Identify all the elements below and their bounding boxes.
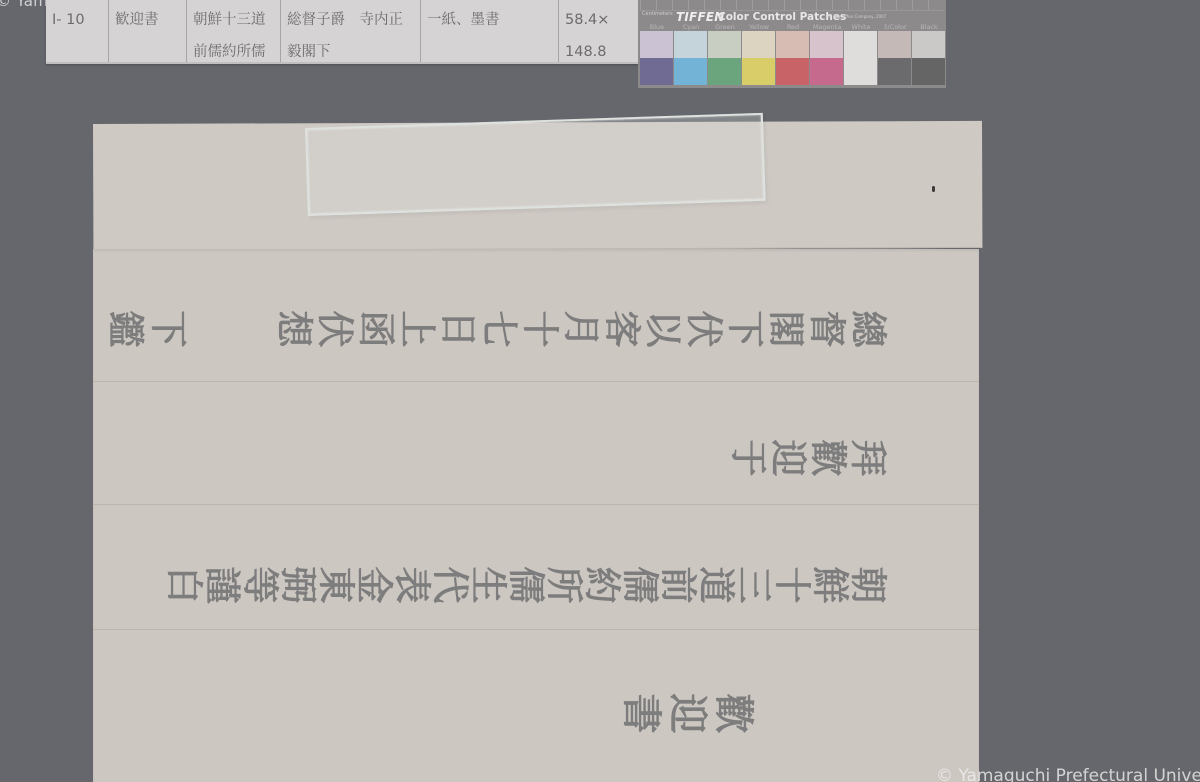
card-cell-author: 朝鮮十三道 前儒約所儒 生代表 金 東弼 他104	[186, 0, 280, 62]
color-patch-light	[878, 31, 911, 58]
color-patch-saturated	[708, 58, 741, 85]
color-patch-light	[810, 31, 843, 58]
color-patch-saturated	[776, 58, 809, 85]
document-closing-line: 下鑑	[102, 299, 188, 353]
color-patches	[640, 31, 946, 86]
patch-label: Cyan	[674, 23, 708, 31]
card-cell-format: 一紙、墨書	[420, 0, 558, 62]
paper-blemish	[932, 186, 935, 192]
addressee-line: 総督子爵 寺内正	[287, 12, 414, 28]
document-sender-line: 朝鮮十三道前儒約所儒生代表金東弼等謹白	[166, 555, 888, 609]
color-patch-light	[844, 31, 877, 85]
patch-label: White	[844, 23, 878, 31]
color-patch-light	[708, 31, 741, 58]
color-patch-light	[640, 31, 673, 58]
size-line: 58.4×	[565, 12, 634, 28]
color-patch-light	[912, 31, 945, 58]
patch-label: Red	[776, 23, 810, 31]
author-line: 朝鮮十三道	[193, 12, 274, 28]
color-patch-saturated	[912, 58, 945, 85]
patch-labels: Blue Cyan Green Yellow Red Magenta White…	[640, 23, 946, 31]
color-patch-saturated	[742, 58, 775, 85]
color-patch-saturated	[878, 58, 911, 85]
document-heading: 歡迎書	[617, 682, 755, 739]
document-body-line: 總督閣下伏以客月十七日上函伏想	[273, 299, 888, 353]
color-patch-saturated	[810, 58, 843, 85]
fold-line	[93, 504, 979, 505]
size-line: 148.8	[565, 44, 634, 60]
chart-title: Color Control Patches	[718, 11, 846, 23]
chart-copyright: © The Tiffen Company, 2007	[828, 14, 886, 19]
glass-weight	[305, 113, 766, 216]
copyright-watermark-bottom: © Yamaguchi Prefectural University	[936, 766, 1200, 782]
patch-label: Blue	[640, 23, 674, 31]
ruler-label: Centimeters	[642, 11, 673, 17]
card-cell-addressee: 総督子爵 寺内正 毅閣下	[280, 0, 420, 62]
patch-label: Black	[912, 23, 946, 31]
item-format: 一紙、墨書	[427, 12, 552, 28]
patch-label: Magenta	[810, 23, 844, 31]
item-title: 歓迎書	[115, 12, 180, 28]
document-greeting-line: 拜歡迎于	[728, 428, 888, 482]
card-cell-number: Ⅰ- 10	[46, 0, 108, 62]
patch-label: Yellow	[742, 23, 776, 31]
item-number: Ⅰ- 10	[52, 12, 102, 28]
card-cell-title: 歓迎書	[108, 0, 186, 62]
patch-label: 3/Color	[878, 23, 912, 31]
fold-line	[93, 629, 979, 630]
color-patch-light	[742, 31, 775, 58]
catalog-card: Ⅰ- 10 歓迎書 朝鮮十三道 前儒約所儒 生代表 金 東弼 他104 総督子爵…	[46, 0, 640, 64]
color-patch-light	[674, 31, 707, 58]
color-patch-saturated	[674, 58, 707, 85]
author-line: 前儒約所儒	[193, 44, 274, 60]
fold-line	[93, 381, 979, 382]
addressee-line: 毅閣下	[287, 44, 414, 60]
color-control-chart: Centimeters TIFFEN Color Control Patches…	[638, 0, 946, 88]
color-patch-light	[776, 31, 809, 58]
patch-label: Green	[708, 23, 742, 31]
card-cell-size: 58.4× 148.8	[558, 0, 640, 62]
color-patch-saturated	[640, 58, 673, 85]
